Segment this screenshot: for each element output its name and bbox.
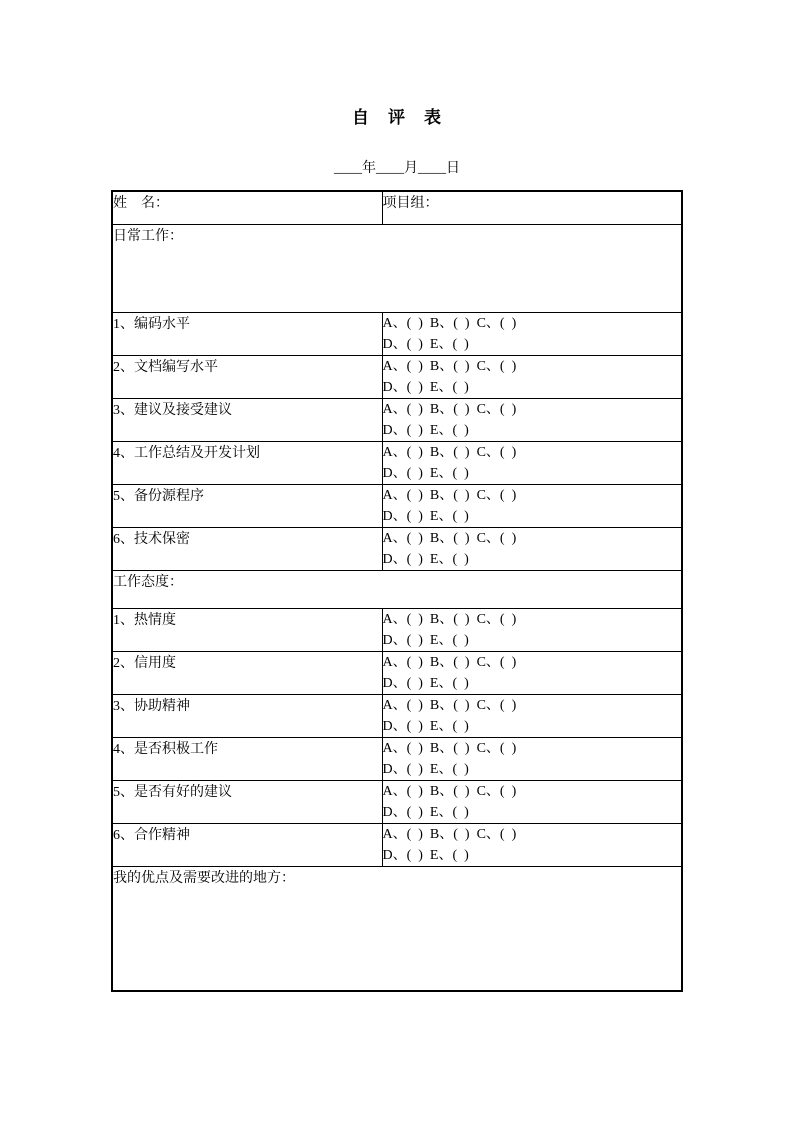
item-label: 6、合作精神	[113, 828, 190, 843]
rating-options-line1[interactable]: A、( ) B、( ) C、( )	[383, 781, 682, 802]
table-row: 姓 名： 项目组：	[112, 191, 682, 224]
item-label: 4、工作总结及开发计划	[113, 446, 260, 461]
rating-options-cell[interactable]: A、( ) B、( ) C、( ) D、( ) E、( )	[382, 694, 682, 737]
item-label: 4、是否积极工作	[113, 742, 218, 757]
table-row: 工作态度：	[112, 570, 682, 608]
item-label-cell: 6、合作精神	[112, 823, 382, 866]
rating-options-line1[interactable]: A、( ) B、( ) C、( )	[383, 528, 682, 549]
table-row: 4、是否积极工作 A、( ) B、( ) C、( ) D、( ) E、( )	[112, 737, 682, 780]
item-label: 3、协助精神	[113, 699, 190, 714]
rating-options-line1[interactable]: A、( ) B、( ) C、( )	[383, 824, 682, 845]
rating-options-line1[interactable]: A、( ) B、( ) C、( )	[383, 442, 682, 463]
rating-options-line2[interactable]: D、( ) E、( )	[383, 716, 682, 737]
item-label: 5、备份源程序	[113, 489, 204, 504]
table-row: 3、协助精神 A、( ) B、( ) C、( ) D、( ) E、( )	[112, 694, 682, 737]
rating-options-cell[interactable]: A、( ) B、( ) C、( ) D、( ) E、( )	[382, 737, 682, 780]
item-label: 1、热情度	[113, 613, 176, 628]
rating-options-line1[interactable]: A、( ) B、( ) C、( )	[383, 609, 682, 630]
item-label-cell: 3、协助精神	[112, 694, 382, 737]
name-label: 姓 名：	[113, 196, 169, 211]
item-label: 1、编码水平	[113, 317, 190, 332]
item-label: 6、技术保密	[113, 532, 190, 547]
rating-options-cell[interactable]: A、( ) B、( ) C、( ) D、( ) E、( )	[382, 355, 682, 398]
rating-options-line2[interactable]: D、( ) E、( )	[383, 420, 682, 441]
strengths-improvements-cell[interactable]: 我的优点及需要改进的地方：	[112, 866, 682, 991]
rating-options-line2[interactable]: D、( ) E、( )	[383, 377, 682, 398]
project-group-label: 项目组：	[383, 196, 439, 211]
rating-options-line1[interactable]: A、( ) B、( ) C、( )	[383, 399, 682, 420]
table-row: 1、热情度 A、( ) B、( ) C、( ) D、( ) E、( )	[112, 608, 682, 651]
table-row: 1、编码水平 A、( ) B、( ) C、( ) D、( ) E、( )	[112, 312, 682, 355]
document-page: 自 评 表 ____年____月____日 姓 名： 项目组： 日常工作：	[0, 0, 794, 1123]
rating-options-cell[interactable]: A、( ) B、( ) C、( ) D、( ) E、( )	[382, 312, 682, 355]
table-row: 6、合作精神 A、( ) B、( ) C、( ) D、( ) E、( )	[112, 823, 682, 866]
item-label-cell: 2、文档编写水平	[112, 355, 382, 398]
strengths-improvements-label: 我的优点及需要改进的地方：	[113, 871, 295, 886]
work-attitude-section-cell[interactable]: 工作态度：	[112, 570, 682, 608]
item-label-cell: 1、编码水平	[112, 312, 382, 355]
rating-options-cell[interactable]: A、( ) B、( ) C、( ) D、( ) E、( )	[382, 651, 682, 694]
item-label: 5、是否有好的建议	[113, 785, 232, 800]
work-attitude-section-header: 工作态度：	[113, 575, 183, 590]
item-label-cell: 5、备份源程序	[112, 484, 382, 527]
name-field-cell[interactable]: 姓 名：	[112, 191, 382, 224]
table-row: 我的优点及需要改进的地方：	[112, 866, 682, 991]
form-title: 自 评 表	[0, 103, 794, 128]
table-row: 日常工作：	[112, 224, 682, 312]
rating-options-line2[interactable]: D、( ) E、( )	[383, 759, 682, 780]
item-label-cell: 1、热情度	[112, 608, 382, 651]
item-label-cell: 2、信用度	[112, 651, 382, 694]
table-row: 4、工作总结及开发计划 A、( ) B、( ) C、( ) D、( ) E、( …	[112, 441, 682, 484]
rating-options-cell[interactable]: A、( ) B、( ) C、( ) D、( ) E、( )	[382, 608, 682, 651]
item-label: 2、信用度	[113, 656, 176, 671]
item-label-cell: 6、技术保密	[112, 527, 382, 570]
rating-options-cell[interactable]: A、( ) B、( ) C、( ) D、( ) E、( )	[382, 484, 682, 527]
project-group-field-cell[interactable]: 项目组：	[382, 191, 682, 224]
item-label-cell: 4、工作总结及开发计划	[112, 441, 382, 484]
rating-options-cell[interactable]: A、( ) B、( ) C、( ) D、( ) E、( )	[382, 527, 682, 570]
rating-options-cell[interactable]: A、( ) B、( ) C、( ) D、( ) E、( )	[382, 823, 682, 866]
rating-options-line2[interactable]: D、( ) E、( )	[383, 506, 682, 527]
self-evaluation-table: 姓 名： 项目组： 日常工作： 1、编码水平 A、( ) B、( ) C、( )…	[111, 190, 683, 992]
item-label-cell: 4、是否积极工作	[112, 737, 382, 780]
rating-options-line1[interactable]: A、( ) B、( ) C、( )	[383, 695, 682, 716]
rating-options-line1[interactable]: A、( ) B、( ) C、( )	[383, 738, 682, 759]
rating-options-line1[interactable]: A、( ) B、( ) C、( )	[383, 485, 682, 506]
table-row: 2、文档编写水平 A、( ) B、( ) C、( ) D、( ) E、( )	[112, 355, 682, 398]
item-label-cell: 3、建议及接受建议	[112, 398, 382, 441]
date-fill-in-line[interactable]: ____年____月____日	[0, 157, 794, 177]
table-row: 2、信用度 A、( ) B、( ) C、( ) D、( ) E、( )	[112, 651, 682, 694]
item-label: 2、文档编写水平	[113, 360, 218, 375]
item-label-cell: 5、是否有好的建议	[112, 780, 382, 823]
item-label: 3、建议及接受建议	[113, 403, 232, 418]
daily-work-section-cell[interactable]: 日常工作：	[112, 224, 682, 312]
rating-options-line2[interactable]: D、( ) E、( )	[383, 630, 682, 651]
rating-options-line2[interactable]: D、( ) E、( )	[383, 845, 682, 866]
table-row: 5、备份源程序 A、( ) B、( ) C、( ) D、( ) E、( )	[112, 484, 682, 527]
rating-options-line1[interactable]: A、( ) B、( ) C、( )	[383, 652, 682, 673]
rating-options-line2[interactable]: D、( ) E、( )	[383, 463, 682, 484]
table-row: 5、是否有好的建议 A、( ) B、( ) C、( ) D、( ) E、( )	[112, 780, 682, 823]
rating-options-line2[interactable]: D、( ) E、( )	[383, 334, 682, 355]
rating-options-line1[interactable]: A、( ) B、( ) C、( )	[383, 313, 682, 334]
rating-options-cell[interactable]: A、( ) B、( ) C、( ) D、( ) E、( )	[382, 780, 682, 823]
rating-options-line2[interactable]: D、( ) E、( )	[383, 549, 682, 570]
rating-options-cell[interactable]: A、( ) B、( ) C、( ) D、( ) E、( )	[382, 398, 682, 441]
rating-options-line2[interactable]: D、( ) E、( )	[383, 673, 682, 694]
rating-options-line2[interactable]: D、( ) E、( )	[383, 802, 682, 823]
table-row: 6、技术保密 A、( ) B、( ) C、( ) D、( ) E、( )	[112, 527, 682, 570]
daily-work-section-header: 日常工作：	[113, 229, 183, 244]
rating-options-cell[interactable]: A、( ) B、( ) C、( ) D、( ) E、( )	[382, 441, 682, 484]
table-row: 3、建议及接受建议 A、( ) B、( ) C、( ) D、( ) E、( )	[112, 398, 682, 441]
rating-options-line1[interactable]: A、( ) B、( ) C、( )	[383, 356, 682, 377]
